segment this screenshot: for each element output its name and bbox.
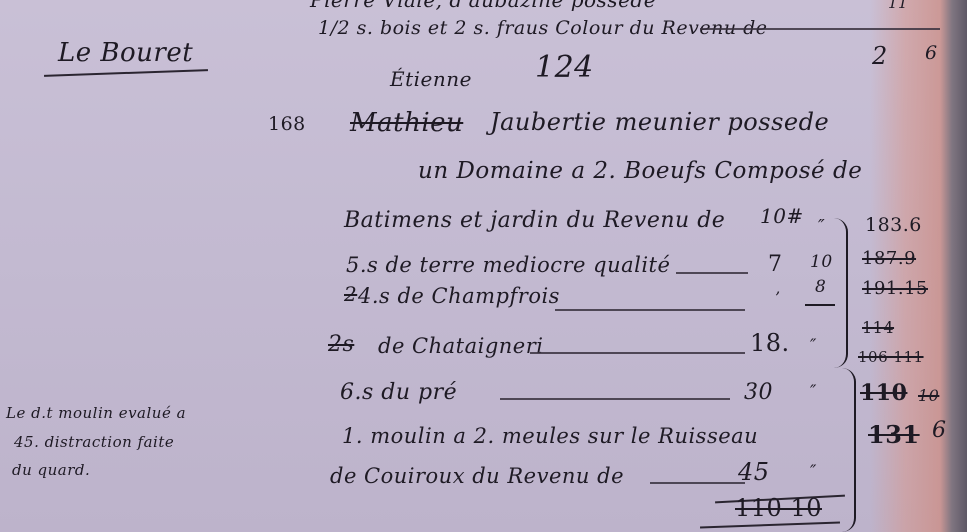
item-sous-buildings: ″ <box>818 216 825 237</box>
item-label-land: 5.s de terre mediocre qualité <box>346 253 670 277</box>
item-sous-champfrois: 8 <box>815 277 826 297</box>
total-struck-5: 110 <box>860 380 907 406</box>
item-livres-mill: 45 <box>738 458 770 486</box>
item-sous-mill: ″ <box>810 462 817 482</box>
entry-line1: Jaubertie meunier possede <box>490 108 829 136</box>
item-livres-champfrois: ’ <box>775 288 781 307</box>
item-label-buildings: Batimens et jardin du Revenu de <box>344 208 725 233</box>
item-qty-struck-chestnut: 2s <box>328 332 354 357</box>
item-label-mill-line2: de Couiroux du Revenu de <box>330 464 624 488</box>
item-leader-land <box>676 272 748 274</box>
total-struck-6-suffix: 6 <box>932 418 947 443</box>
item-livres-land: 7 <box>768 252 783 277</box>
total-struck-1: 187.9 <box>862 248 916 269</box>
item-livres-meadow: 30 <box>744 380 773 405</box>
item-leader-champfrois <box>555 309 745 311</box>
total-struck-6: 131 <box>868 420 920 449</box>
subtotal-struck: 110 10 <box>735 494 822 522</box>
item-livres-chestnut: 18. <box>750 329 790 357</box>
margin-note-line3: du quard. <box>12 461 90 479</box>
entry-number: 168 <box>268 113 306 135</box>
item-label-mill-line1: 1. moulin a 2. meules sur le Ruisseau <box>342 424 758 448</box>
brace-lower <box>838 368 856 532</box>
top-entry-value-top: 11 <box>888 0 908 12</box>
item-sous-meadow: ″ <box>810 382 817 402</box>
place-name: Le Bouret <box>58 38 193 68</box>
item-leader-mill <box>650 482 745 484</box>
total-struck-3: 114 <box>862 318 894 337</box>
entry-line2: un Domaine a 2. Boeufs Composé de <box>418 158 862 184</box>
total-struck-5-suffix: 10 <box>918 386 939 405</box>
top-entry-leader <box>700 28 940 30</box>
item-leader-meadow <box>500 398 730 400</box>
item-livres-buildings: 10# <box>760 204 804 228</box>
margin-note-line2: 45. distraction faite <box>14 433 174 451</box>
item-sous-chestnut: ″ <box>810 336 817 356</box>
item-label-meadow: 6.s du pré <box>340 380 457 405</box>
margin-note-line1: Le d.t moulin evalué a <box>6 404 186 422</box>
item-label-chestnut: de Chataigneri <box>378 334 543 358</box>
item-label-champfrois: 4.s de Champfrois <box>358 284 560 308</box>
top-entry-value-main: 2 <box>872 42 888 70</box>
total-struck-2: 191.15 <box>862 278 928 299</box>
total-struck-4: 106 111 <box>858 348 924 366</box>
entry-name-struck: Mathieu <box>350 108 463 138</box>
total-current: 183.6 <box>865 214 922 236</box>
folio-number: 124 <box>535 50 594 85</box>
item-qty-struck-champfrois: 2 <box>344 282 357 306</box>
folio-name: Étienne <box>390 67 472 91</box>
top-entry-line1: Pierre Viale, d'aubazine possede <box>310 0 656 12</box>
top-entry-value-sub: 6 <box>925 42 938 64</box>
brace-upper <box>830 218 848 368</box>
item-leader-chestnut <box>530 352 745 354</box>
